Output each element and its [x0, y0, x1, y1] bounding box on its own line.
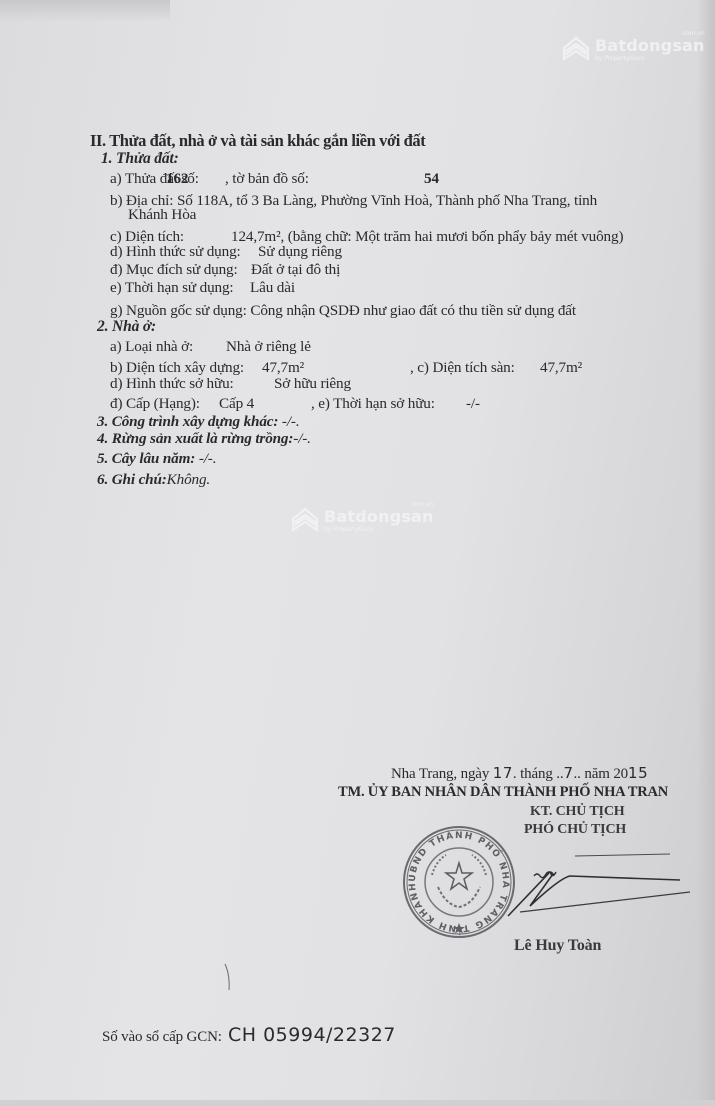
land-heading: 1. Thửa đất:	[101, 150, 179, 168]
scan-edge-bottom	[0, 1100, 715, 1106]
notes-row: 6. Ghi chú:Không.	[97, 471, 210, 489]
perennial-label: 5. Cây lâu năm:	[97, 450, 195, 467]
ownership-row: d) Hình thức sở hữu: Sở hữu riêng	[110, 375, 234, 393]
watermark: .com.vn Batdongsan by PropertyGuru	[290, 506, 434, 536]
notes-value: Không.	[167, 471, 210, 488]
address-value: Số 118A, tổ 3 Ba Làng, Phường Vĩnh Hoà, …	[177, 192, 597, 209]
term-value: Lâu dài	[250, 279, 295, 297]
house-type-value: Nhà ở riêng lẻ	[226, 338, 311, 356]
usage-form-label: d) Hình thức sử dụng:	[110, 243, 241, 260]
authority: TM. ỦY BAN NHÂN DÂN THÀNH PHỐ NHA TRAN	[338, 784, 668, 801]
forest-value: -/-.	[293, 430, 311, 447]
other-works-value: -/-.	[278, 413, 299, 430]
watermark-name: Batdongsan	[595, 38, 705, 54]
build-area-label: b) Diện tích xây dựng:	[110, 359, 244, 376]
purpose-value: Đất ở tại đô thị	[251, 261, 340, 279]
date-month: 7	[563, 764, 573, 782]
watermark-domain: .com.vn	[410, 502, 434, 508]
usage-form-row: d) Hình thức sử dụng: Sử dụng riêng	[110, 243, 241, 261]
grade-label: đ) Cấp (Hạng):	[110, 395, 200, 412]
ownership-value: Sở hữu riêng	[274, 375, 351, 393]
house-heading: 2. Nhà ở:	[97, 318, 156, 336]
grade-value: Cấp 4	[219, 395, 254, 413]
signer-name: Lê Huy Toàn	[514, 937, 601, 955]
watermark-domain: .com.vn	[681, 31, 705, 37]
registry-value: CH 05994/22327	[228, 1024, 396, 1046]
place-date: Nha Trang, ngày 17. tháng ..7.. năm 2015	[391, 764, 648, 783]
watermark-subtitle: by PropertyGuru	[595, 56, 705, 62]
map-sheet-label: , tờ bản đồ số:	[225, 170, 309, 188]
scan-edge	[697, 0, 715, 1106]
parcel-row: a) Thửa đất số: 162 , tờ bản đồ số: 54	[110, 170, 199, 188]
section-title: II. Thửa đất, nhà ở và tài sản khác gắn …	[90, 131, 425, 151]
other-works-label: 3. Công trình xây dựng khác:	[97, 413, 278, 430]
origin-label: g) Nguồn gốc sử dụng:	[110, 302, 247, 319]
own-term-label: , e) Thời hạn sở hữu:	[311, 395, 435, 413]
house-type-row: a) Loại nhà ở: Nhà ở riêng lẻ	[110, 338, 193, 356]
address-line2: Khánh Hòa	[128, 206, 196, 224]
ownership-label: d) Hình thức sở hữu:	[110, 375, 234, 392]
date-year: 15	[628, 764, 648, 782]
term-row: e) Thời hạn sử dụng: Lâu dài	[110, 279, 234, 297]
map-sheet-number: 54	[424, 170, 439, 188]
role-kt-chairman: KT. CHỦ TỊCH	[530, 804, 625, 820]
origin-value: Công nhận QSDĐ như giao đất có thu tiền …	[250, 302, 576, 319]
scan-mark	[224, 963, 232, 991]
signature-mark	[490, 846, 690, 926]
role-vice-chairman: PHÓ CHỦ TỊCH	[524, 822, 626, 838]
year-label: năm 20	[584, 766, 628, 782]
forest-row: 4. Rừng sản xuất là rừng trồng:-/-.	[97, 430, 311, 448]
parcel-number: 162	[166, 170, 188, 188]
batdongsan-logo-icon	[290, 506, 320, 536]
watermark-subtitle: by PropertyGuru	[324, 527, 434, 533]
usage-form-value: Sử dụng riêng	[258, 243, 342, 261]
floor-area-label: , c) Diện tích sàn:	[410, 359, 515, 377]
purpose-label: đ) Mục đích sử dụng:	[110, 261, 238, 278]
perennial-row: 5. Cây lâu năm: -/-.	[97, 450, 216, 468]
perennial-value: -/-.	[195, 450, 216, 467]
batdongsan-logo-icon	[561, 35, 591, 65]
scan-shadow	[0, 0, 170, 22]
registry-label: Số vào sổ cấp GCN:	[102, 1029, 222, 1045]
term-label: e) Thời hạn sử dụng:	[110, 279, 234, 296]
notes-label: 6. Ghi chú:	[97, 471, 167, 488]
own-term-value: -/-	[466, 395, 480, 413]
date-day: 17	[493, 764, 513, 782]
grade-row: đ) Cấp (Hạng): Cấp 4 , e) Thời hạn sở hữ…	[110, 395, 200, 413]
origin-row: g) Nguồn gốc sử dụng: Công nhận QSDĐ như…	[110, 302, 576, 320]
watermark-name: Batdongsan	[324, 509, 434, 525]
registry-row: Số vào sổ cấp GCN: CH 05994/22327	[102, 1029, 222, 1046]
forest-label: 4. Rừng sản xuất là rừng trồng:	[97, 430, 293, 447]
house-type-label: a) Loại nhà ở:	[110, 338, 193, 355]
month-label: tháng	[520, 766, 553, 782]
place-date-prefix: Nha Trang, ngày	[391, 766, 489, 782]
purpose-row: đ) Mục đích sử dụng: Đất ở tại đô thị	[110, 261, 238, 279]
other-works-row: 3. Công trình xây dựng khác: -/-.	[97, 413, 299, 431]
floor-area-value: 47,7m²	[540, 359, 582, 377]
watermark: .com.vn Batdongsan by PropertyGuru	[561, 35, 705, 65]
